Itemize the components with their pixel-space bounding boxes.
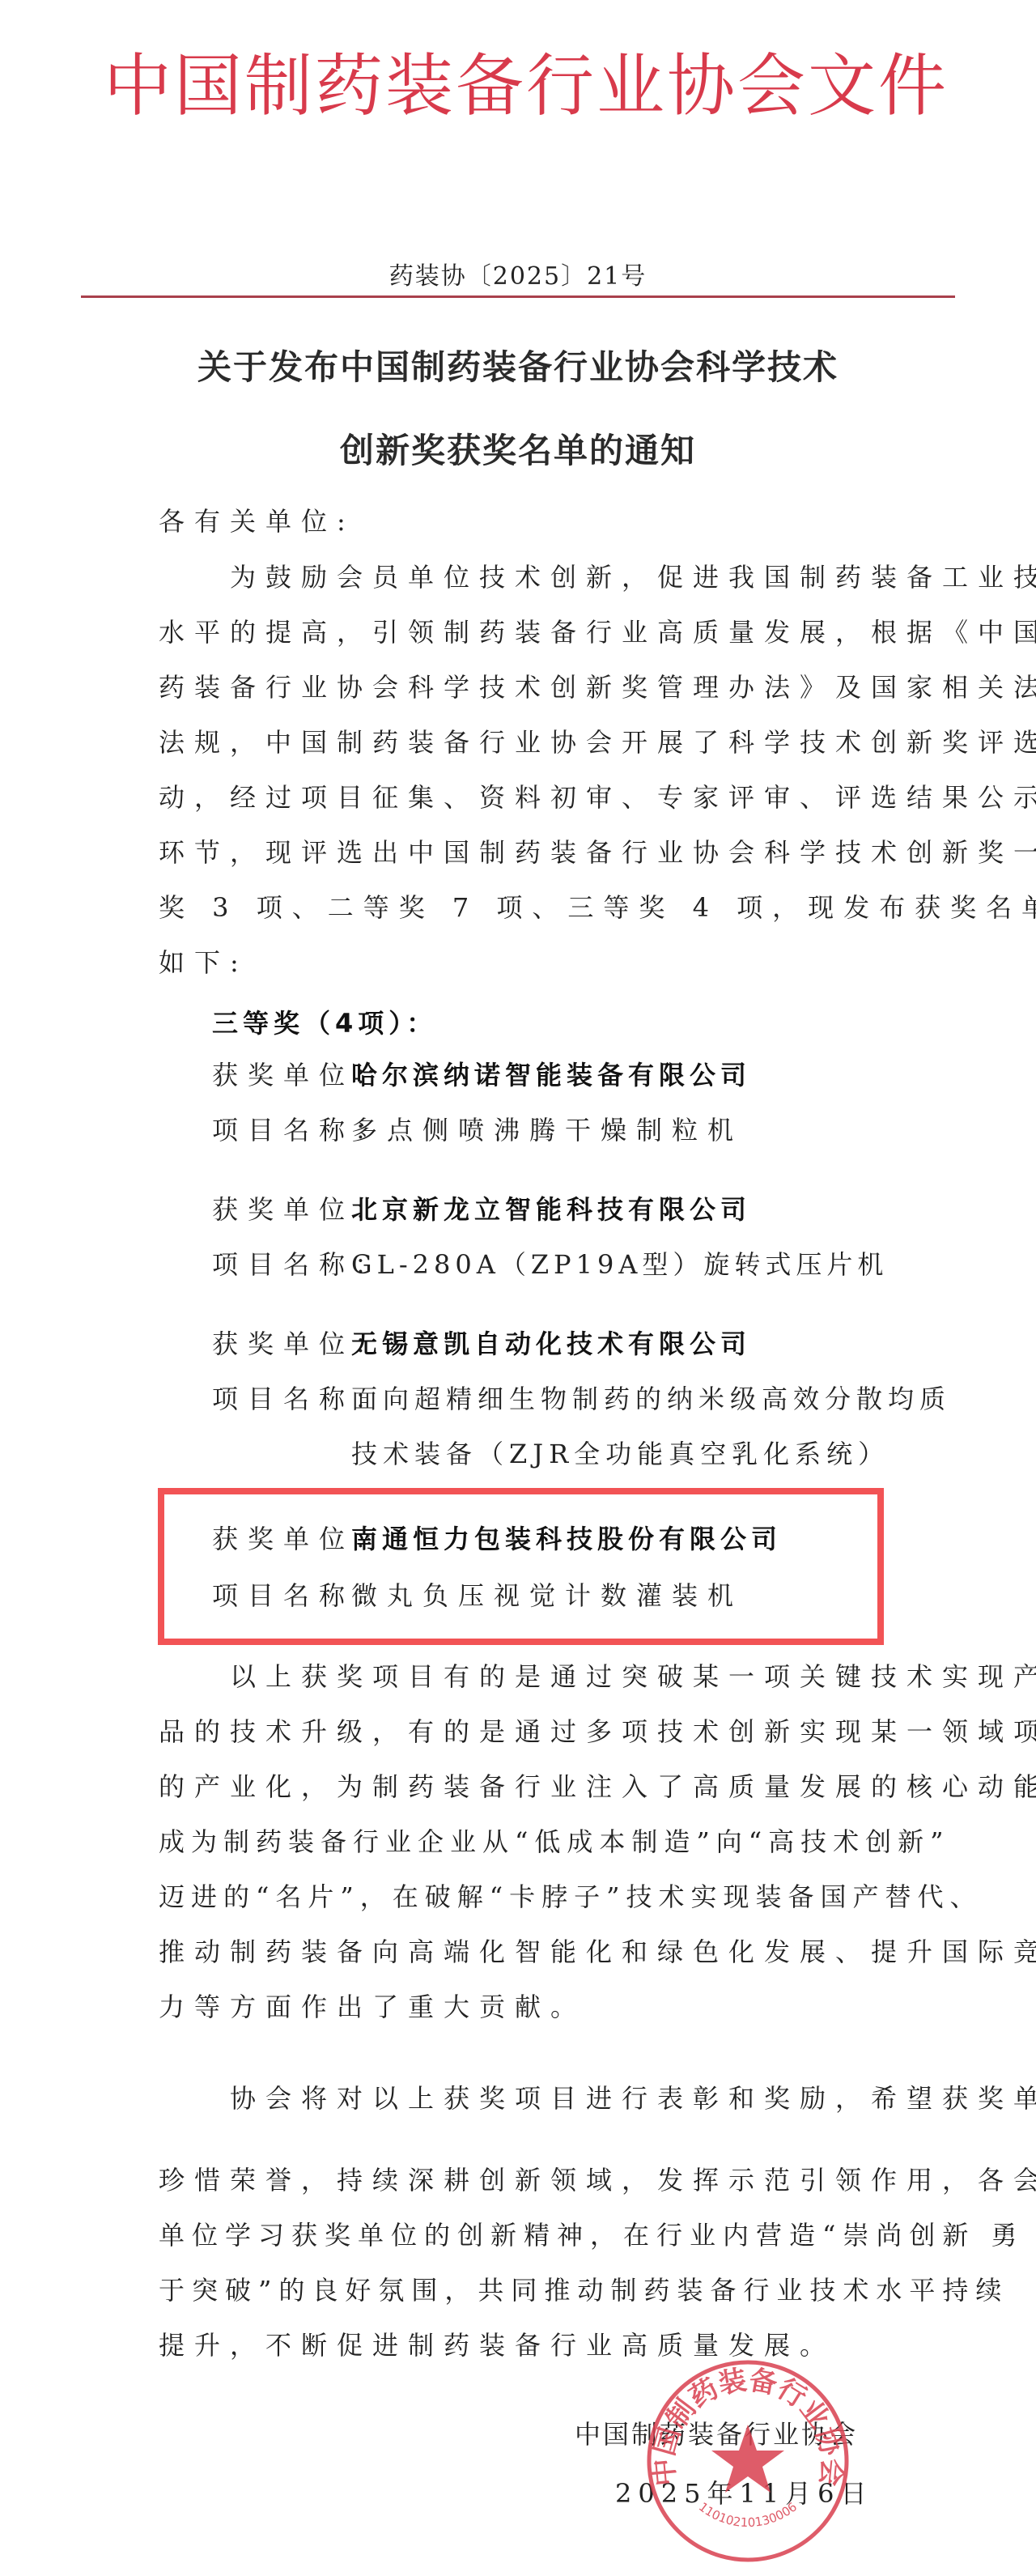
award-tier-heading: 三等奖（4项）： — [212, 1005, 437, 1041]
paragraph-line: 迈进的“名片”，在破解“卡脖子”技术实现装备国产替代、 — [159, 1879, 982, 1915]
project-name: 微丸负压视觉计数灌装机 — [351, 1578, 743, 1613]
paragraph-line: 动，经过项目征集、资料初审、专家评审、评选结果公示等 — [159, 780, 1036, 815]
paragraph-line: 推动制药装备向高端化智能化和绿色化发展、提升国际竞争 — [159, 1934, 1036, 1970]
highlight-box — [158, 1488, 884, 1645]
official-seal-icon: 中国制药装备行业协会 11010210130006 — [645, 2358, 851, 2564]
award-unit-name: 南通恒力包装科技股份有限公司 — [351, 1521, 782, 1557]
project-name: 面向超精细生物制药的纳米级高效分散均质 — [351, 1381, 951, 1417]
award-unit-name: 哈尔滨纳诺智能装备有限公司 — [351, 1057, 751, 1093]
document-number: 药装协〔2025〕21号 — [0, 261, 1036, 293]
paragraph-line: 药装备行业协会科学技术创新奖管理办法》及国家相关法律 — [159, 670, 1036, 705]
award-unit-name: 北京新龙立智能科技有限公司 — [351, 1192, 751, 1227]
paragraph-line: 协会将对以上获奖项目进行表彰和奖励，希望获奖单位 — [230, 2081, 1036, 2116]
award-unit-name: 无锡意凯自动化技术有限公司 — [351, 1326, 751, 1362]
paragraph-line: 水平的提高，引领制药装备行业高质量发展，根据《中国制 — [159, 614, 1036, 650]
paragraph-line: 珍惜荣誉，持续深耕创新领域，发挥示范引领作用，各会员 — [159, 2162, 1036, 2198]
stamp-code: 11010210130006 — [696, 2499, 800, 2530]
salutation: 各有关单位: — [159, 504, 355, 539]
paragraph-line: 成为制药装备行业企业从“低成本制造”向“高技术创新” — [159, 1824, 949, 1860]
project-name: 多点侧喷沸腾干燥制粒机 — [351, 1112, 743, 1148]
svg-text:11010210130006: 11010210130006 — [696, 2499, 800, 2530]
project-name: GL-280A（ZP19A型）旋转式压片机 — [351, 1247, 888, 1282]
paragraph-line: 以上获奖项目有的是通过突破某一项关键技术实现产 — [230, 1659, 1036, 1694]
paragraph-line: 单位学习获奖单位的创新精神，在行业内营造“崇尚创新 勇 — [159, 2217, 1025, 2253]
paragraph-line: 环节，现评选出中国制药装备行业协会科学技术创新奖一等 — [159, 835, 1036, 870]
paragraph-line: 于突破”的良好氛围，共同推动制药装备行业技术水平持续 — [159, 2272, 1008, 2308]
notice-title-line-2: 创新奖获奖名单的通知 — [0, 428, 1036, 474]
paragraph-line: 为鼓励会员单位技术创新，促进我国制药装备工业技术 — [230, 559, 1036, 595]
project-name-continued: 技术装备（ZJR全功能真空乳化系统） — [351, 1436, 890, 1472]
org-file-header: 中国制药装备行业协会文件 — [104, 45, 949, 126]
paragraph-line: 如下: — [159, 945, 248, 980]
paragraph-line: 的产业化，为制药装备行业注入了高质量发展的核心动能， — [159, 1769, 1036, 1804]
paragraph-line: 力等方面作出了重大贡献。 — [159, 1989, 586, 2025]
paragraph-line: 品的技术升级，有的是通过多项技术创新实现某一领域项目 — [159, 1714, 1036, 1749]
paragraph-line: 法规，中国制药装备行业协会开展了科学技术创新奖评选活 — [159, 725, 1036, 760]
notice-title-line-1: 关于发布中国制药装备行业协会科学技术 — [0, 345, 1036, 390]
paragraph-line: 奖 3 项、二等奖 7 项、三等奖 4 项，现发布获奖名单，名单 — [159, 890, 1036, 925]
header-divider — [81, 295, 955, 298]
